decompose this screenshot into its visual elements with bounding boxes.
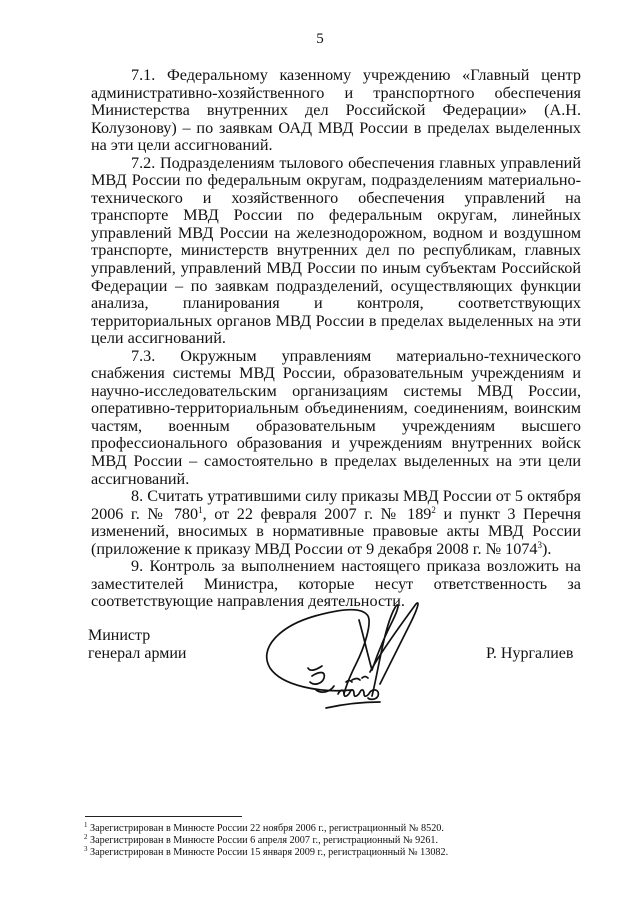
footnote-mark: 2	[84, 833, 88, 841]
paragraph-8-text-d: ).	[542, 540, 551, 558]
paragraph-7-2: 7.2. Подразделениям тылового обеспечения…	[91, 155, 581, 348]
military-rank: генерал армии	[88, 645, 186, 663]
footnotes: 1 Зарегистрирован в Минюсте России 22 но…	[84, 823, 448, 858]
footnote-text: Зарегистрирован в Минюсте России 15 янва…	[90, 847, 448, 858]
paragraph-7-3: 7.3. Окружным управлениям материально-те…	[91, 348, 581, 488]
page-number: 5	[0, 31, 640, 48]
signatory-name: Р. Нургалиев	[486, 645, 573, 663]
paragraph-7-1: 7.1. Федеральному казенному учреждению «…	[91, 67, 581, 155]
document-body: 7.1. Федеральному казенному учреждению «…	[91, 67, 581, 611]
handwritten-signature-icon	[260, 598, 430, 723]
footnote-mark: 3	[84, 845, 88, 853]
footnote-1: 1 Зарегистрирован в Минюсте России 22 но…	[84, 823, 448, 835]
footnote-text: Зарегистрирован в Минюсте России 22 нояб…	[90, 823, 444, 834]
paragraph-8-text-b: , от 22 февраля 2007 г. № 189	[203, 505, 432, 523]
footnote-2: 2 Зарегистрирован в Минюсте России 6 апр…	[84, 835, 448, 847]
footnote-separator	[85, 816, 242, 817]
footnote-text: Зарегистрирован в Минюсте России 6 апрел…	[90, 835, 438, 846]
position-title: Министр	[88, 627, 186, 645]
footnote-3: 3 Зарегистрирован в Минюсте России 15 ян…	[84, 847, 448, 859]
paragraph-8: 8. Считать утратившими силу приказы МВД …	[91, 488, 581, 558]
signatory-position: Министр генерал армии	[88, 627, 186, 663]
footnote-mark: 1	[84, 821, 88, 829]
